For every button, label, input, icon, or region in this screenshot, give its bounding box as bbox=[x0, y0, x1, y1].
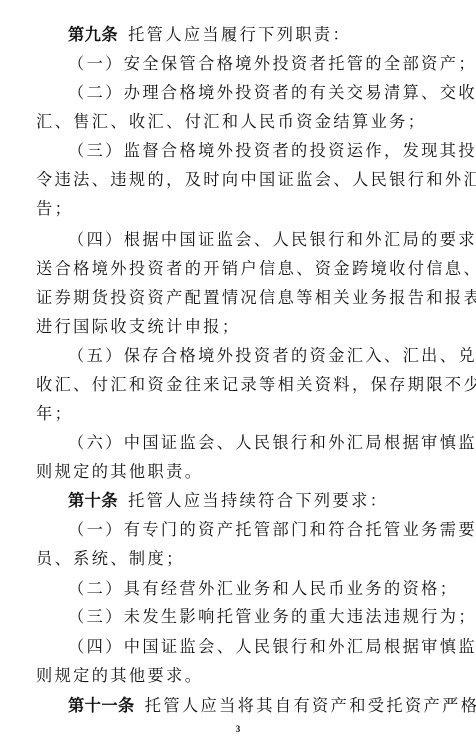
article-10-item-4-line-2: 则规定的其他要求。 bbox=[36, 665, 450, 687]
article-9-item-5-line-1: （五）保存合格境外投资者的资金汇入、汇出、兑换、 bbox=[68, 345, 450, 367]
article-10-heading: 第十条 bbox=[68, 491, 118, 510]
article-10-intro: 托管人应当持续符合下列要求： bbox=[128, 491, 388, 510]
article-9-item-5-line-3: 年； bbox=[36, 403, 450, 425]
article-10-item-4-line-1: （四）中国证监会、人民银行和外汇局根据审慎监管原 bbox=[68, 636, 450, 658]
article-9-item-6-line-1: （六）中国证监会、人民银行和外汇局根据审慎监管原 bbox=[68, 432, 450, 454]
article-10-item-2-line-1: （二）具有经营外汇业务和人民币业务的资格； bbox=[68, 578, 450, 600]
article-9-item-3-line-1: （三）监督合格境外投资者的投资运作，发现其投资指 bbox=[68, 140, 450, 162]
article-9-item-3-line-3: 告； bbox=[36, 198, 450, 220]
article-9-item-4-line-2: 送合格境外投资者的开销户信息、资金跨境收付信息、境内 bbox=[36, 258, 450, 280]
article-10-title: 第十条托管人应当持续符合下列要求： bbox=[68, 490, 450, 512]
article-10-item-1-line-2: 员、系统、制度； bbox=[36, 548, 450, 570]
article-9-item-6-line-2: 则规定的其他职责。 bbox=[36, 461, 450, 483]
article-9-item-1-line-1: （一）安全保管合格境外投资者托管的全部资产； bbox=[68, 53, 450, 75]
article-9-item-2-line-2: 汇、售汇、收汇、付汇和人民币资金结算业务； bbox=[36, 111, 450, 133]
article-9-item-4-line-3: 证券期货投资资产配置情况信息等相关业务报告和报表，并 bbox=[36, 287, 450, 309]
article-11-title: 第十一条托管人应当将其自有资产和受托资产严格 bbox=[68, 695, 450, 717]
article-11-intro: 托管人应当将其自有资产和受托资产严格 bbox=[145, 696, 476, 715]
article-9-heading: 第九条 bbox=[68, 25, 118, 44]
article-10-item-3-line-1: （三）未发生影响托管业务的重大违法违规行为； bbox=[68, 606, 450, 628]
document-page: 第九条托管人应当履行下列职责： （一）安全保管合格境外投资者托管的全部资产； （… bbox=[0, 0, 476, 749]
article-9-intro: 托管人应当履行下列职责： bbox=[128, 25, 351, 44]
article-11-heading: 第十一条 bbox=[68, 696, 135, 715]
page-number: 3 bbox=[0, 724, 476, 734]
article-9-title: 第九条托管人应当履行下列职责： bbox=[68, 24, 450, 46]
article-9-item-4-line-1: （四）根据中国证监会、人民银行和外汇局的要求，报 bbox=[68, 229, 450, 251]
article-9-item-4-line-4: 进行国际收支统计申报； bbox=[36, 316, 450, 338]
article-10-item-1-line-1: （一）有专门的资产托管部门和符合托管业务需要的人 bbox=[68, 519, 450, 541]
article-9-item-2-line-1: （二）办理合格境外投资者的有关交易清算、交收、结 bbox=[68, 82, 450, 104]
article-9-item-5-line-2: 收汇、付汇和资金往来记录等相关资料，保存期限不少于 20 bbox=[36, 374, 450, 396]
article-9-item-3-line-2: 令违法、违规的，及时向中国证监会、人民银行和外汇局报 bbox=[36, 169, 450, 191]
